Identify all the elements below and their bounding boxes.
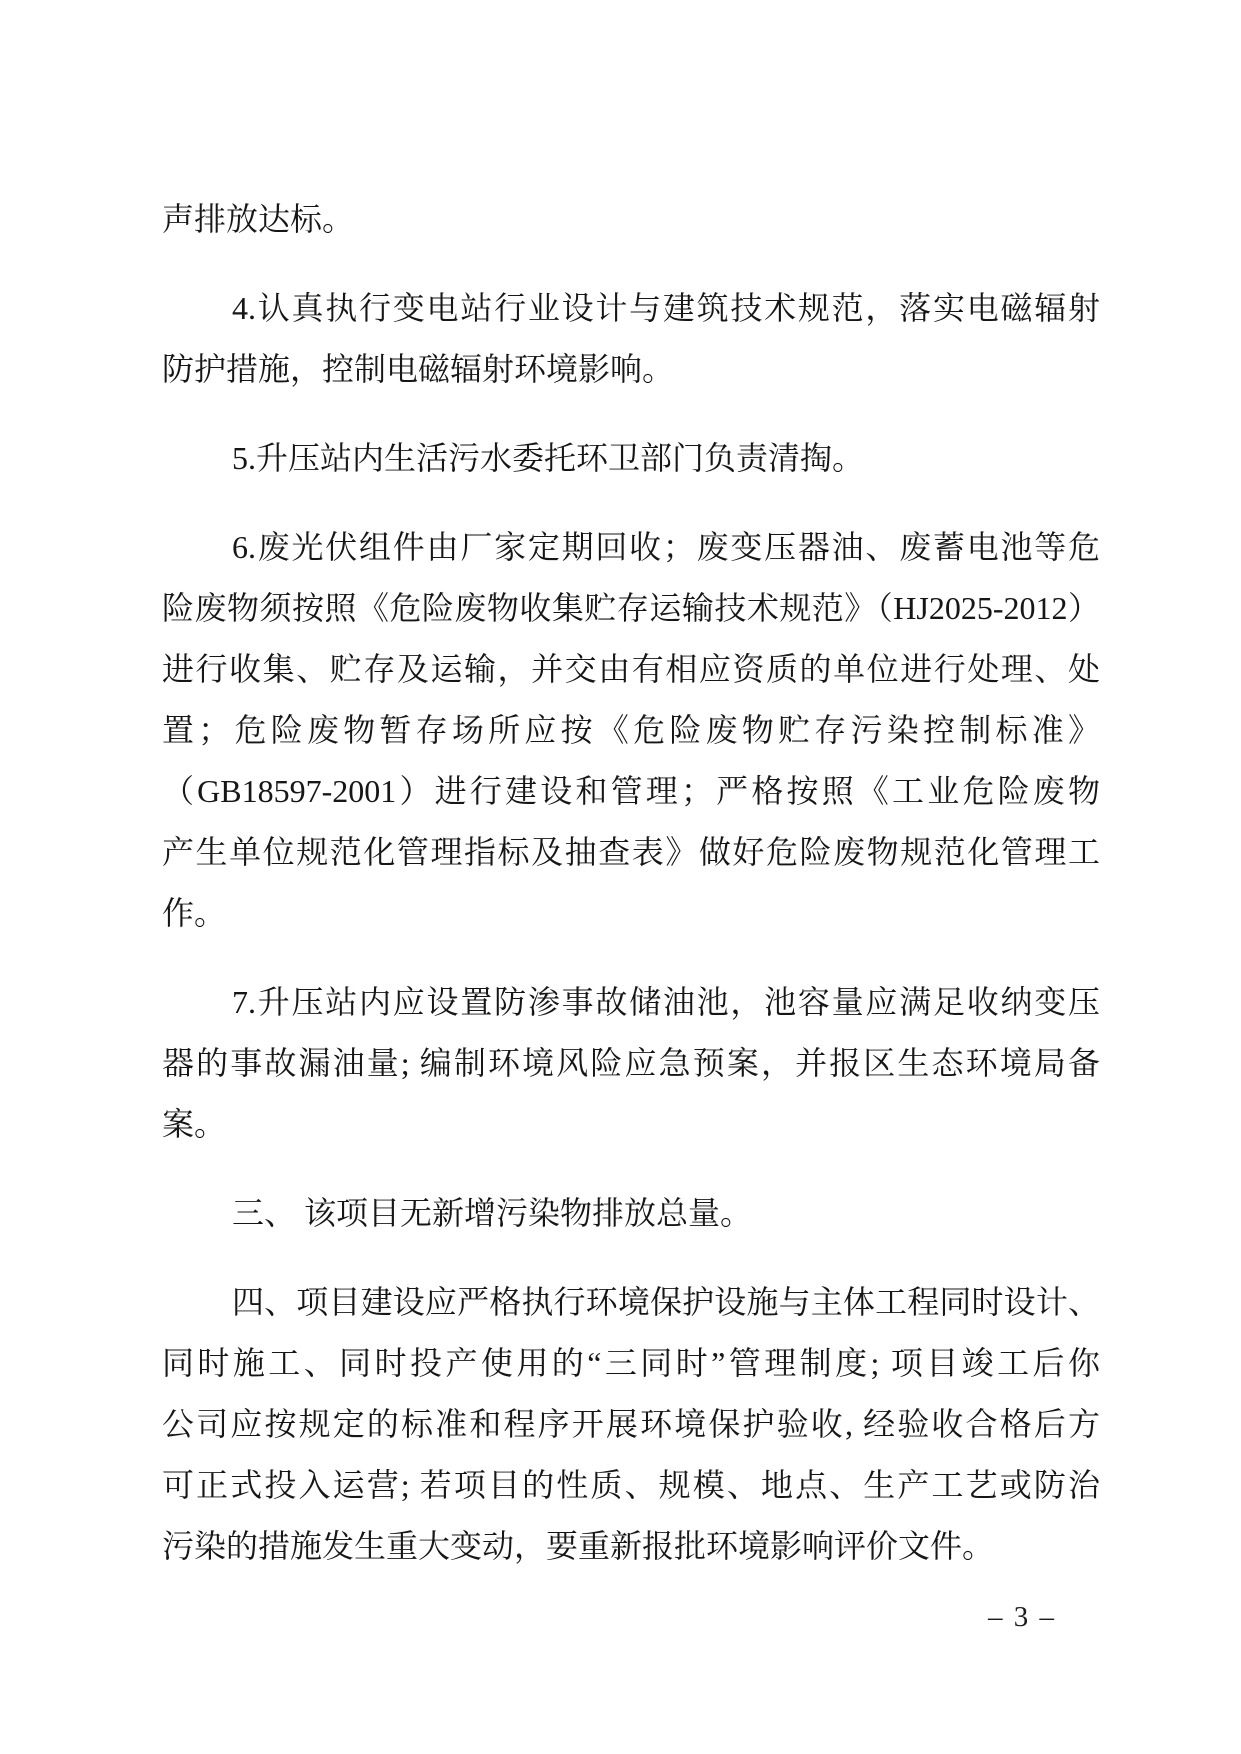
text-line: 进行收集、贮存及运输，并交由有相应资质的单位进行处理、处 [162, 639, 1100, 700]
text-line: 公司应按规定的标准和程序开展环境保护验收, 经验收合格后方 [162, 1394, 1100, 1455]
text-line: 器的事故漏油量; 编制环境风险应急预案，并报区生态环境局备 [162, 1033, 1100, 1094]
text-line: 污染的措施发生重大变动，要重新报批环境影响评价文件。 [162, 1516, 1100, 1577]
text-line: 置；危险废物暂存场所应按《危险废物贮存污染控制标准》 [162, 700, 1100, 761]
text-line: 声排放达标。 [162, 189, 1100, 250]
text-line: （GB18597-2001）进行建设和管理；严格按照《工业危险废物 [162, 761, 1100, 822]
document-body: 声排放达标。 4.认真执行变电站行业设计与建筑技术规范，落实电磁辐射 防护措施，… [162, 161, 1100, 1577]
text-line: 案。 [162, 1094, 1100, 1155]
text-line: 4.认真执行变电站行业设计与建筑技术规范，落实电磁辐射 [162, 278, 1100, 339]
page-number: – 3 – [988, 1601, 1056, 1634]
text-line: 防护措施，控制电磁辐射环境影响。 [162, 339, 1100, 400]
text-line: 四、项目建设应严格执行环境保护设施与主体工程同时设计、 [162, 1272, 1100, 1333]
text-line: 作。 [162, 883, 1100, 944]
text-line: 险废物须按照《危险废物收集贮存运输技术规范》（HJ2025-2012） [162, 578, 1100, 639]
text-line: 同时施工、同时投产使用的“三同时”管理制度; 项目竣工后你 [162, 1333, 1100, 1394]
text-line: 可正式投入运营; 若项目的性质、规模、地点、生产工艺或防治 [162, 1455, 1100, 1516]
text-line: 三、 该项目无新增污染物排放总量。 [162, 1183, 1100, 1244]
text-line: 5.升压站内生活污水委托环卫部门负责清掏。 [162, 428, 1100, 489]
text-line: 产生单位规范化管理指标及抽查表》做好危险废物规范化管理工 [162, 822, 1100, 883]
text-line: 7.升压站内应设置防渗事故储油池，池容量应满足收纳变压 [162, 972, 1100, 1033]
document-page: 声排放达标。 4.认真执行变电站行业设计与建筑技术规范，落实电磁辐射 防护措施，… [0, 0, 1241, 1754]
text-line: 6.废光伏组件由厂家定期回收；废变压器油、废蓄电池等危 [162, 517, 1100, 578]
